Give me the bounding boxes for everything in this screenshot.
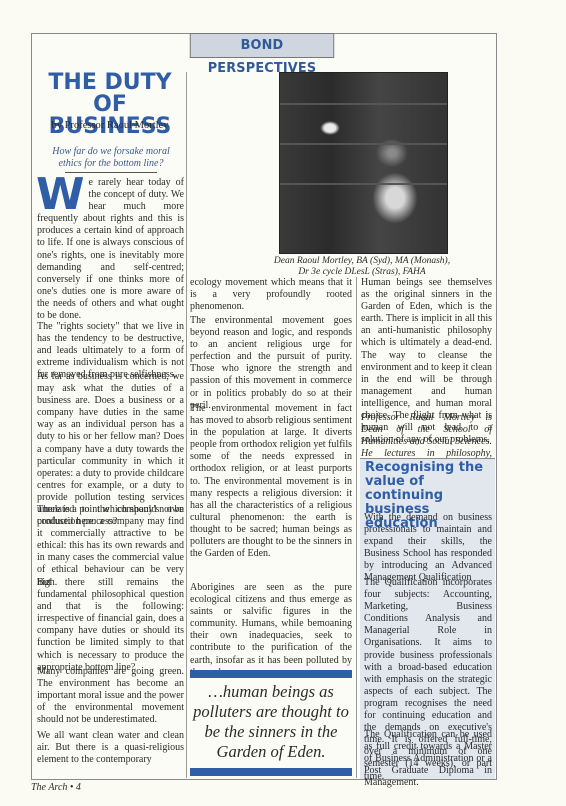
sidebar-paragraph-1: With the demand on business professional… <box>364 512 492 585</box>
paragraph-11: Aborigines are seen as the pure ecologic… <box>190 582 352 679</box>
pull-quote-bar-top <box>190 670 352 678</box>
photo-caption: Dean Raoul Mortley, BA (Syd), MA (Monash… <box>262 256 462 278</box>
drop-cap: W <box>36 177 85 213</box>
photo-detail <box>280 183 447 185</box>
pull-quote-bar-bottom <box>190 768 352 776</box>
portrait-photo <box>279 72 448 254</box>
paragraph-7: We all want clean water and clean air. B… <box>37 730 184 766</box>
caption-line-1: Dean Raoul Mortley, BA (Syd), MA (Monash… <box>262 256 462 267</box>
paragraph-10: The environmental movement in fact has m… <box>190 403 352 560</box>
standfirst: How far do we forsake moral ethics for t… <box>46 146 176 170</box>
paragraph-4: There is a point which should not be con… <box>37 504 184 589</box>
photo-detail <box>280 103 447 105</box>
column-rule-1 <box>186 72 187 778</box>
masthead: BOND PERSPECTIVES <box>190 33 334 58</box>
pull-quote: …human beings as polluters are thought t… <box>190 682 352 762</box>
paragraph-9: The environmental movement goes beyond r… <box>190 315 352 412</box>
title-line-1: THE DUTY OF <box>36 72 184 116</box>
paragraph-1: We rarely hear today of the concept of d… <box>37 177 184 322</box>
paragraph-8: ecology movement which means that it is … <box>190 277 352 313</box>
photo-detail <box>280 143 447 145</box>
page-footer: The Arch • 4 <box>31 782 81 793</box>
column-rule-2 <box>356 277 357 778</box>
paragraph-6: Many companies are going green. The envi… <box>37 666 184 726</box>
sidebar-paragraph-3: The Qualification can be used as full cr… <box>364 729 492 789</box>
byline: by Professor Raoul Mortley <box>36 120 184 131</box>
paragraph-5: But there still remains the fundamental … <box>37 577 184 674</box>
